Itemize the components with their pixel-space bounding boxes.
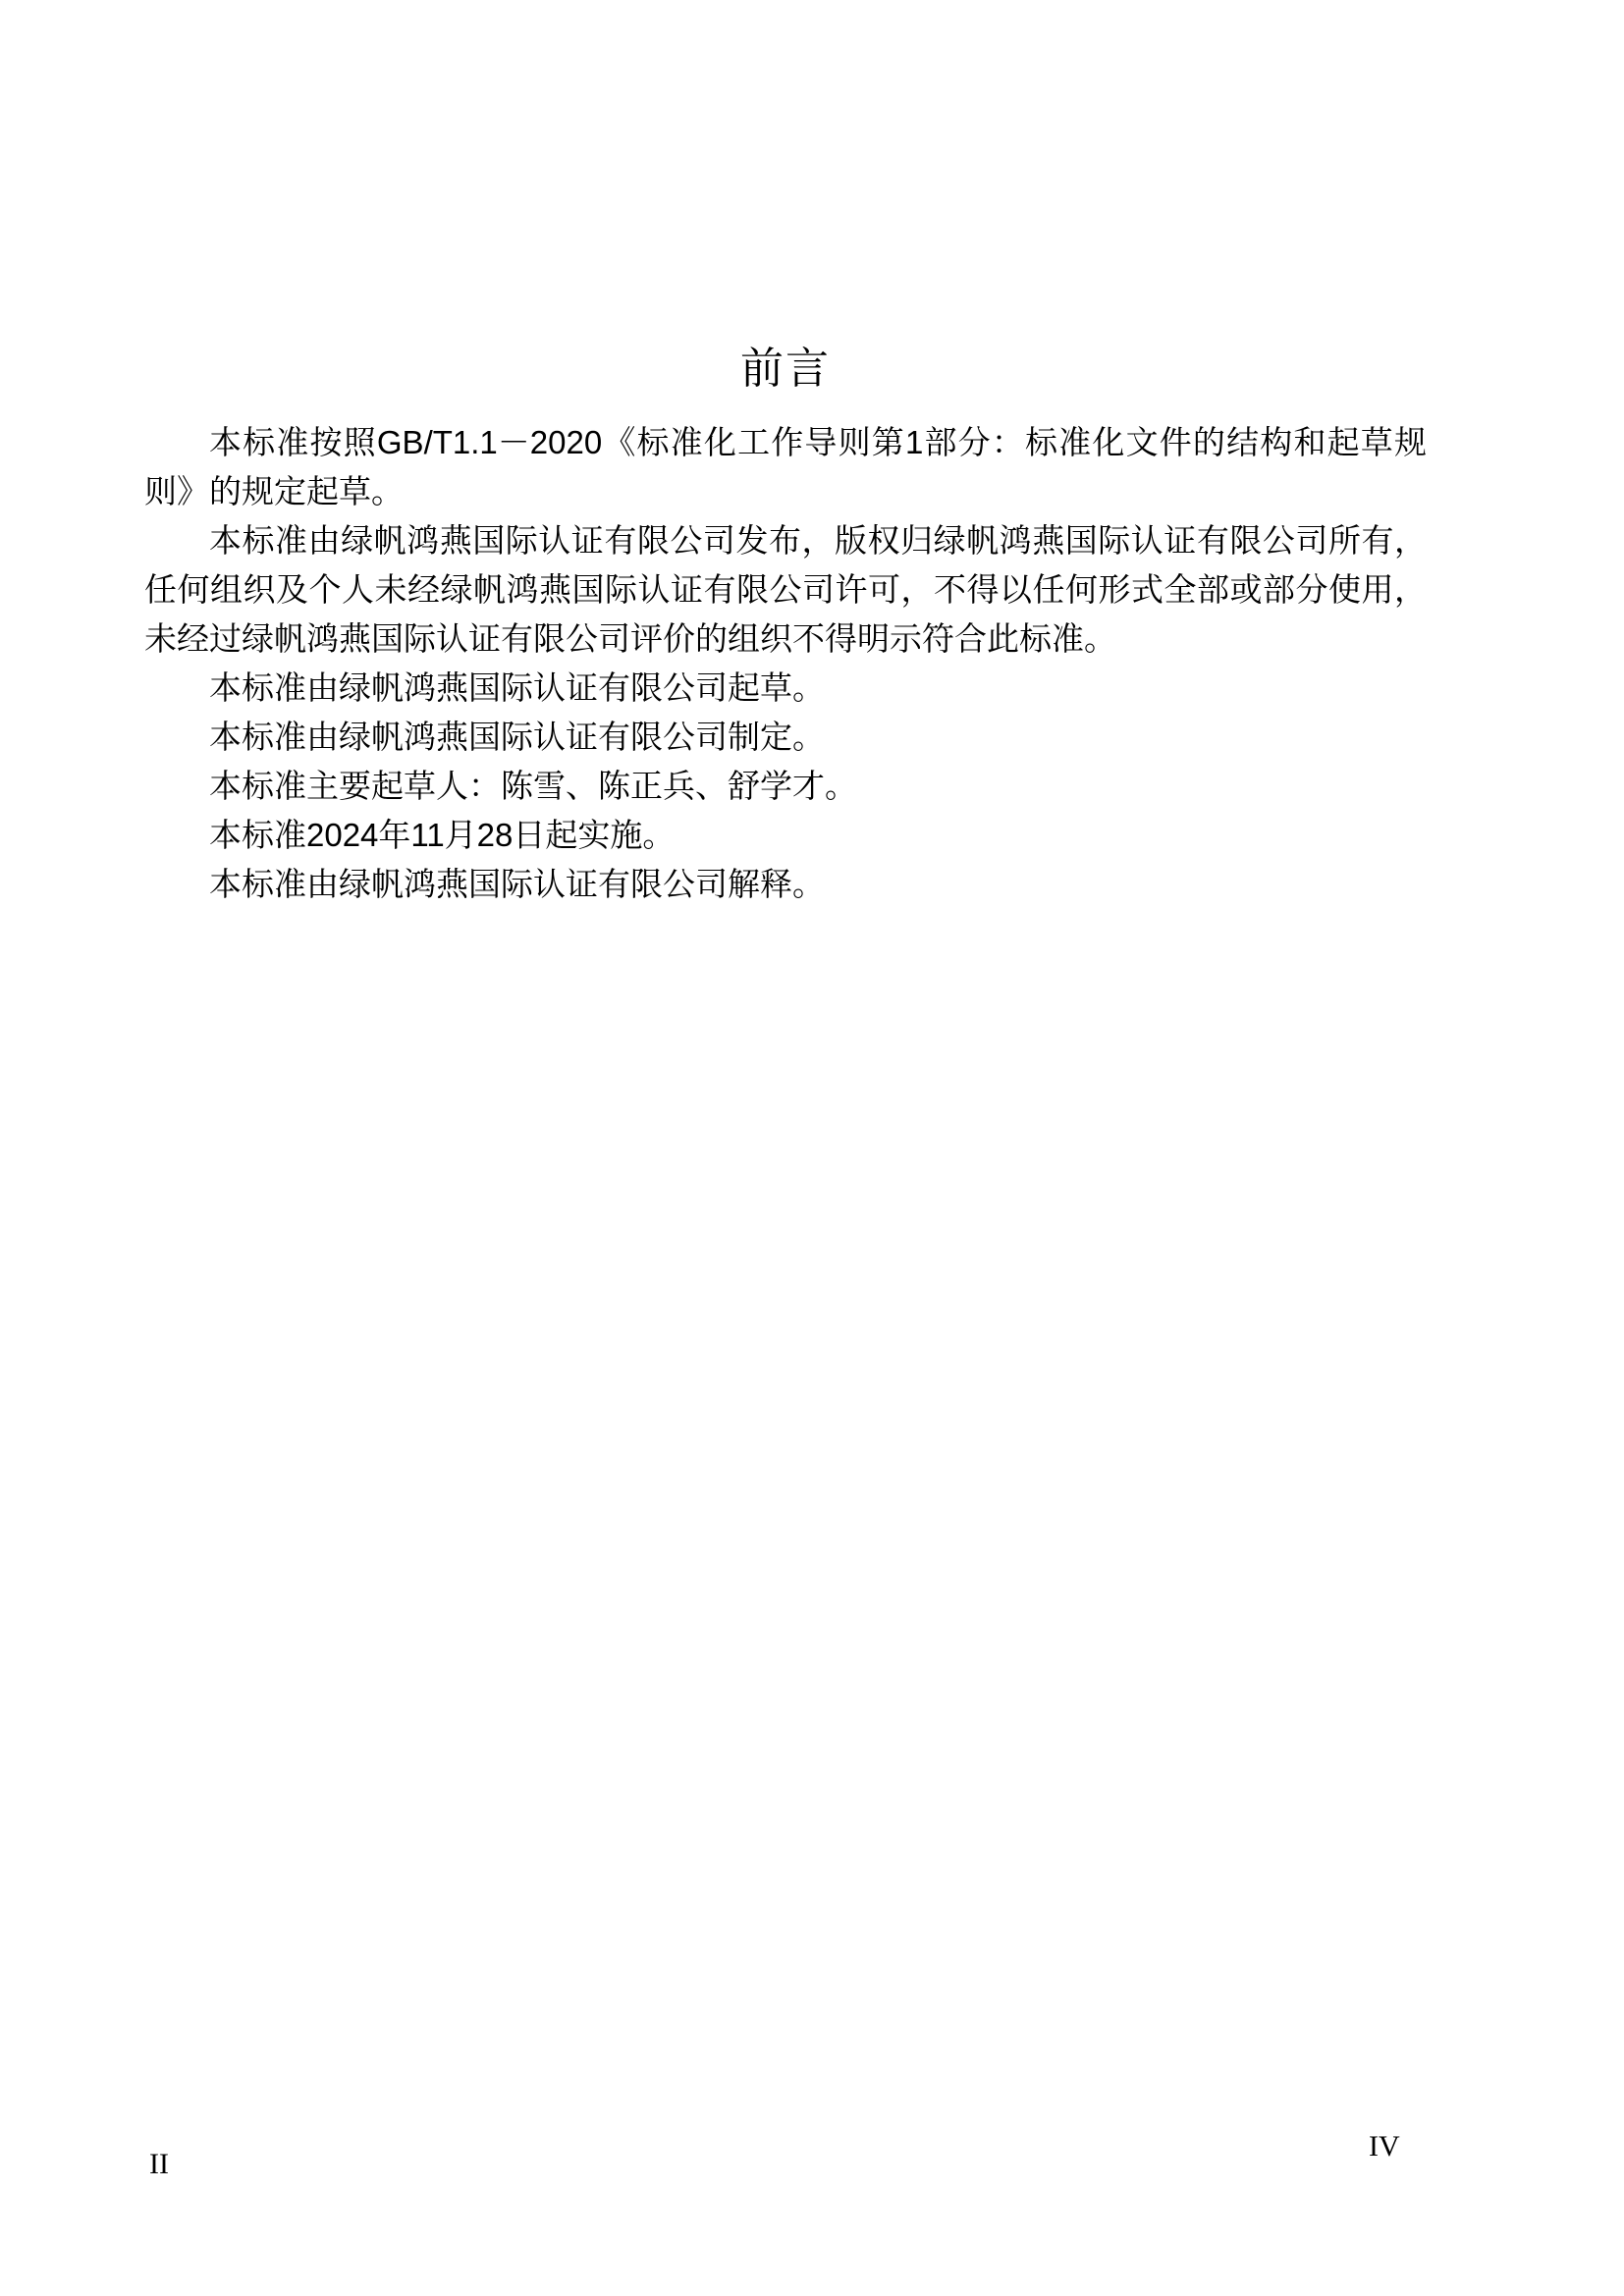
foreword-paragraph-drafting-rules: 本标准按照GB/T1.1－2020《标准化工作导则第1部分：标准化文件的结构和起… [144, 418, 1427, 516]
foreword-paragraph-drafted-by: 本标准由绿帆鸿燕国际认证有限公司起草。 [144, 664, 1427, 713]
foreword-paragraph-interpreted-by: 本标准由绿帆鸿燕国际认证有限公司解释。 [144, 860, 1427, 909]
page-title: 前言 [144, 346, 1427, 393]
foreword-paragraph-copyright: 本标准由绿帆鸿燕国际认证有限公司发布，版权归绿帆鸿燕国际认证有限公司所有，任何组… [144, 516, 1427, 664]
foreword-paragraph-main-drafters: 本标准主要起草人：陈雪、陈正兵、舒学才。 [144, 762, 1427, 811]
foreword-body: 本标准按照GB/T1.1－2020《标准化工作导则第1部分：标准化文件的结构和起… [144, 418, 1427, 909]
page-number-left: II [149, 2150, 169, 2179]
foreword-paragraph-formulated-by: 本标准由绿帆鸿燕国际认证有限公司制定。 [144, 713, 1427, 762]
foreword-section: 前言 本标准按照GB/T1.1－2020《标准化工作导则第1部分：标准化文件的结… [144, 346, 1427, 909]
foreword-paragraph-implementation-date: 本标准2024年11月28日起实施。 [144, 811, 1427, 860]
page-number-right: IV [1369, 2132, 1400, 2162]
document-page: 前言 本标准按照GB/T1.1－2020《标准化工作导则第1部分：标准化文件的结… [0, 0, 1624, 2296]
